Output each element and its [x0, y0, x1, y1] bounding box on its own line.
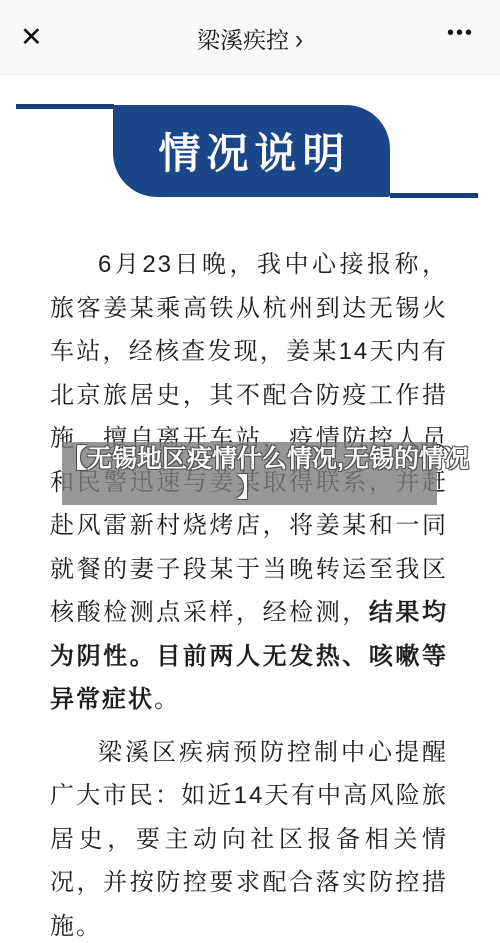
- watermark-line-1: 【无锡地区疫情什么情况,无锡的情况: [62, 445, 437, 474]
- more-menu-icon[interactable]: •••: [447, 22, 474, 45]
- article-text: 6月23日晚，我中心接报称，旅客姜某乘高铁从杭州到达无锡火车站，经核查发现，姜某…: [50, 243, 448, 943]
- chevron-right-icon: ›: [295, 26, 303, 57]
- banner-right-line: [390, 193, 478, 198]
- banner-title-box: 情况说明: [113, 105, 390, 197]
- paragraph-1-period: 。: [154, 686, 180, 713]
- paragraph-1-normal: 6月23日晚，我中心接报称，旅客姜某乘高铁从杭州到达无锡火车站，经核查发现，姜某…: [50, 251, 448, 626]
- article-content: 情况说明 6月23日晚，我中心接报称，旅客姜某乘高铁从杭州到达无锡火车站，经核查…: [0, 75, 500, 943]
- watermark-line-2: 】: [62, 474, 437, 503]
- paragraph-2: 梁溪区疾病预防控制中心提醒广大市民：如近14天有中高风险旅居史，要主动向社区报备…: [50, 731, 448, 943]
- account-title[interactable]: 梁溪疾控›: [0, 22, 500, 55]
- wechat-article-page: ✕ 梁溪疾控› ••• 情况说明 6月23日晚，我中心接报称，旅客姜某乘高铁从杭…: [0, 0, 500, 943]
- topbar: ✕ 梁溪疾控› •••: [0, 0, 500, 75]
- account-title-label: 梁溪疾控: [197, 27, 289, 53]
- banner-left-line: [16, 104, 114, 109]
- watermark-overlay: 【无锡地区疫情什么情况,无锡的情况 】: [62, 442, 437, 505]
- banner-title: 情况说明: [152, 121, 350, 181]
